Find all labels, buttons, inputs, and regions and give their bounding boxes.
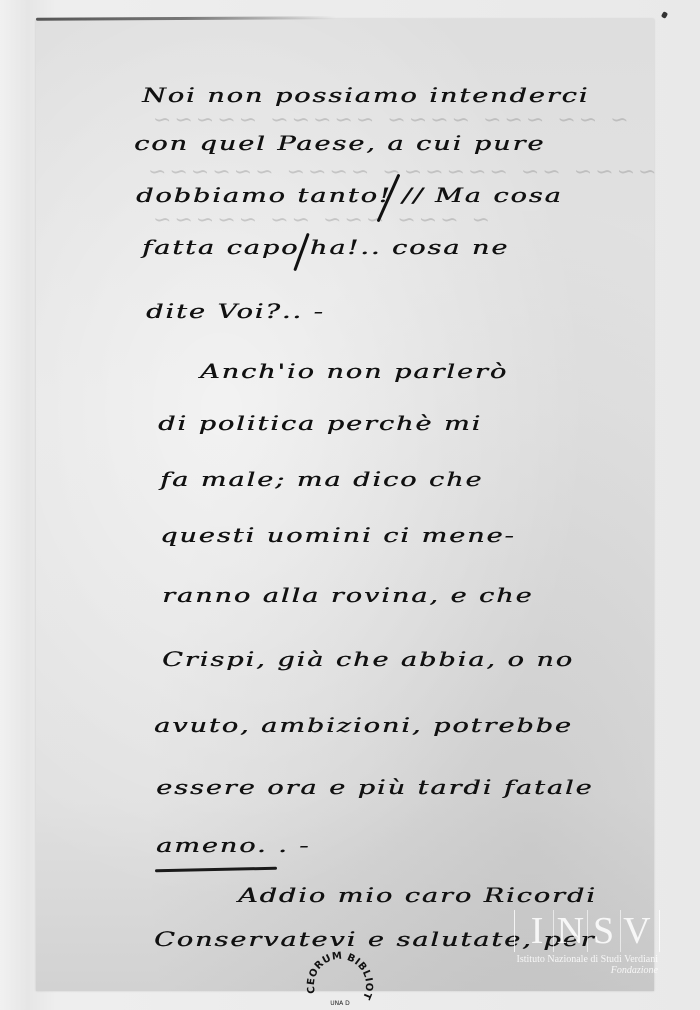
letter-line: Anch'io non parlerò: [200, 361, 508, 383]
svg-text:UNA D: UNA D: [330, 1000, 350, 1007]
svg-text:CEORUM BIBLIOTHECA: CEORUM BIBLIOTHECA: [300, 935, 374, 1001]
letter-line: dobbiamo tanto! // Ma cosa: [136, 185, 563, 207]
corner-mark: [661, 11, 668, 19]
watermark-subtitle: Fondazione: [514, 965, 660, 976]
letter-line: dite Voi?.. -: [146, 301, 325, 323]
watermark-letter: S: [588, 910, 621, 952]
watermark-logo: I N S V: [514, 910, 660, 952]
library-stamp: CEORUM BIBLIOTHECA UNA D: [300, 935, 380, 1007]
letter-line: essere ora e più tardi fatale: [156, 777, 593, 799]
letter-line: Noi non possiamo intenderci: [142, 85, 589, 107]
letter-line: ranno alla rovina, e che: [162, 585, 533, 607]
letter-line: questi uomini ci mene-: [160, 525, 515, 547]
letter-line: di politica perchè mi: [158, 413, 482, 435]
letter-line: con quel Paese, a cui pure: [134, 133, 545, 155]
bleed-through-text: ~ ~~~ ~~~ ~~ ~~~~~: [150, 208, 490, 233]
watermark-letter: I: [521, 910, 554, 952]
bleed-through-text: ~ ~~ ~~~ ~~~~ ~~~~~ ~~~~~: [150, 108, 629, 133]
letter-line: Addio mio caro Ricordi: [238, 885, 597, 907]
insv-watermark: I N S V Istituto Nazionale di Studi Verd…: [514, 910, 660, 980]
letter-line: avuto, ambizioni, potrebbe: [154, 715, 573, 737]
watermark-letter: V: [621, 910, 653, 952]
letter-line: fatta capo ha!.. cosa ne: [142, 237, 509, 259]
letter-line: fa male; ma dico che: [160, 469, 483, 491]
letter-line: ameno. . -: [156, 835, 310, 857]
letter-line: Crispi, già che abbia, o no: [162, 649, 574, 671]
watermark-letter: N: [554, 910, 587, 952]
watermark-institution: Istituto Nazionale di Studi Verdiani: [514, 954, 660, 965]
bleed-through-text: ~~~~ ~~ ~~~~~~ ~~~~ ~~~~~~: [145, 160, 657, 185]
